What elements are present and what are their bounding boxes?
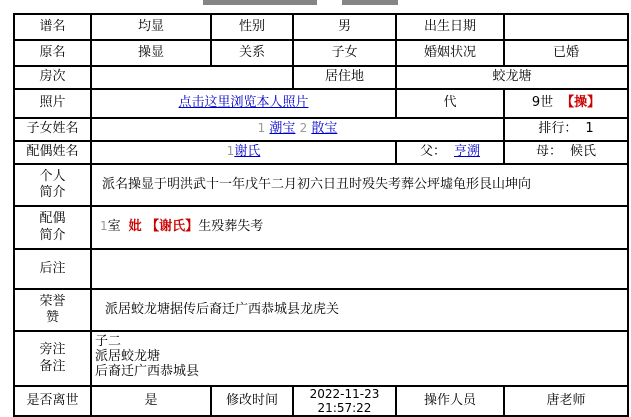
row-original-name: 原名 操显 关系 子女 婚姻状况 已婚 [14,40,628,66]
personal-bio-value: 派名操显于明洪武十一年戊午二月初六日丑时殁失考葬公坪墟龟形艮山坤向 [91,164,628,206]
spouse-bio-number: 1 [100,219,108,233]
relation-label: 关系 [211,40,293,66]
spouse-bio-label: 配偶 简介 [14,206,91,249]
row-personal-bio: 个人 简介 派名操显于明洪武十一年戊午二月初六日丑时殁失考葬公坪墟龟形艮山坤向 [14,164,628,206]
father-cell: 父：亨溯 [396,141,504,164]
generation-value: 9世【操】 [504,89,628,118]
side-note-value: 子二 派居蛟龙塘 后裔迁广西恭城县 [91,331,628,386]
post-note-label: 后注 [14,249,91,289]
photo-cell: 点击这里浏览本人照片 [91,89,396,118]
spouse-bio-room: 室 [108,219,121,234]
original-name-label: 原名 [14,40,91,66]
mother-cell: 母：候氏 [504,141,628,164]
spouse-name-cell: 1谢氏 [91,141,396,164]
rank-label: 排行： [538,121,577,136]
child-1-number: 1 [258,121,266,135]
post-note-value [91,249,628,289]
child-2-number: 2 [300,121,308,135]
child-1-link[interactable]: 潮宝 [269,121,295,136]
personal-bio-label: 个人 简介 [14,164,91,206]
spouse-name-label: 配偶姓名 [14,141,91,164]
birth-date-value [504,14,628,40]
mother-value: 候氏 [570,144,596,159]
row-side-note: 旁注 备注 子二 派居蛟龙塘 后裔迁广西恭城县 [14,331,628,386]
father-link[interactable]: 亨溯 [454,144,480,159]
spouse-bio-rest: 生殁葬失考 [198,219,263,234]
genealogy-name-label: 谱名 [14,14,91,40]
row-honor-praise: 荣誉 赞 派居蛟龙塘据传后裔迁广西恭城县龙虎关 [14,289,628,331]
side-note-label: 旁注 备注 [14,331,91,386]
generation-label: 代 [396,89,504,118]
toolbar-button-remnant-1[interactable] [203,0,317,5]
marital-status-value: 已婚 [504,40,628,66]
row-post-note: 后注 [14,249,628,289]
mother-label: 母： [536,144,562,159]
branch-order-label: 房次 [14,66,91,89]
deceased-label: 是否离世 [14,386,91,416]
row-spouse: 配偶姓名 1谢氏 父：亨溯 母：候氏 [14,141,628,164]
row-spouse-bio: 配偶 简介 1室妣 【谢氏】生殁葬失考 [14,206,628,249]
row-status: 是否离世 是 修改时间 2022-11-23 21:57:22 操作人员 唐老师 [14,386,628,416]
row-genealogy-name: 谱名 均显 性别 男 出生日期 [14,14,628,40]
branch-order-value [91,66,293,89]
operator-value: 唐老师 [504,386,628,416]
children-names-cell: 1 潮宝 2 散宝 [91,118,504,141]
spouse-bio-value: 1室妣 【谢氏】生殁葬失考 [91,206,628,249]
modified-time-value: 2022-11-23 21:57:22 [293,386,396,416]
photo-browse-link[interactable]: 点击这里浏览本人照片 [178,95,308,110]
photo-label: 照片 [14,89,91,118]
row-children: 子女姓名 1 潮宝 2 散宝 排行：1 [14,118,628,141]
row-branch-residence: 房次 居住地 蛟龙塘 [14,66,628,89]
marital-status-label: 婚姻状况 [396,40,504,66]
deceased-value: 是 [91,386,211,416]
residence-label: 居住地 [293,66,396,89]
relation-value: 子女 [293,40,396,66]
generation-number: 9世 [532,95,553,110]
gender-label: 性别 [211,14,293,40]
children-names-label: 子女姓名 [14,118,91,141]
rank-value: 1 [585,121,593,136]
rank-cell: 排行：1 [504,118,628,141]
row-photo-generation: 照片 点击这里浏览本人照片 代 9世【操】 [14,89,628,118]
generation-surname-badge: 【操】 [561,95,600,110]
original-name-value: 操显 [91,40,211,66]
honor-praise-label: 荣誉 赞 [14,289,91,331]
modified-time-label: 修改时间 [211,386,293,416]
spouse-bio-red-text: 妣 【谢氏】 [129,219,199,234]
genealogy-name-value: 均显 [91,14,211,40]
child-2-link[interactable]: 散宝 [311,121,337,136]
birth-date-label: 出生日期 [396,14,504,40]
toolbar-button-remnant-2[interactable] [342,0,398,5]
operator-label: 操作人员 [396,386,504,416]
father-label: 父： [420,144,446,159]
gender-value: 男 [293,14,396,40]
spouse-link[interactable]: 谢氏 [234,144,260,159]
honor-praise-value: 派居蛟龙塘据传后裔迁广西恭城县龙虎关 [91,289,628,331]
genealogy-record-table: 谱名 均显 性别 男 出生日期 原名 操显 关系 子女 婚姻状况 已婚 房次 居… [13,13,629,417]
residence-value: 蛟龙塘 [396,66,628,89]
